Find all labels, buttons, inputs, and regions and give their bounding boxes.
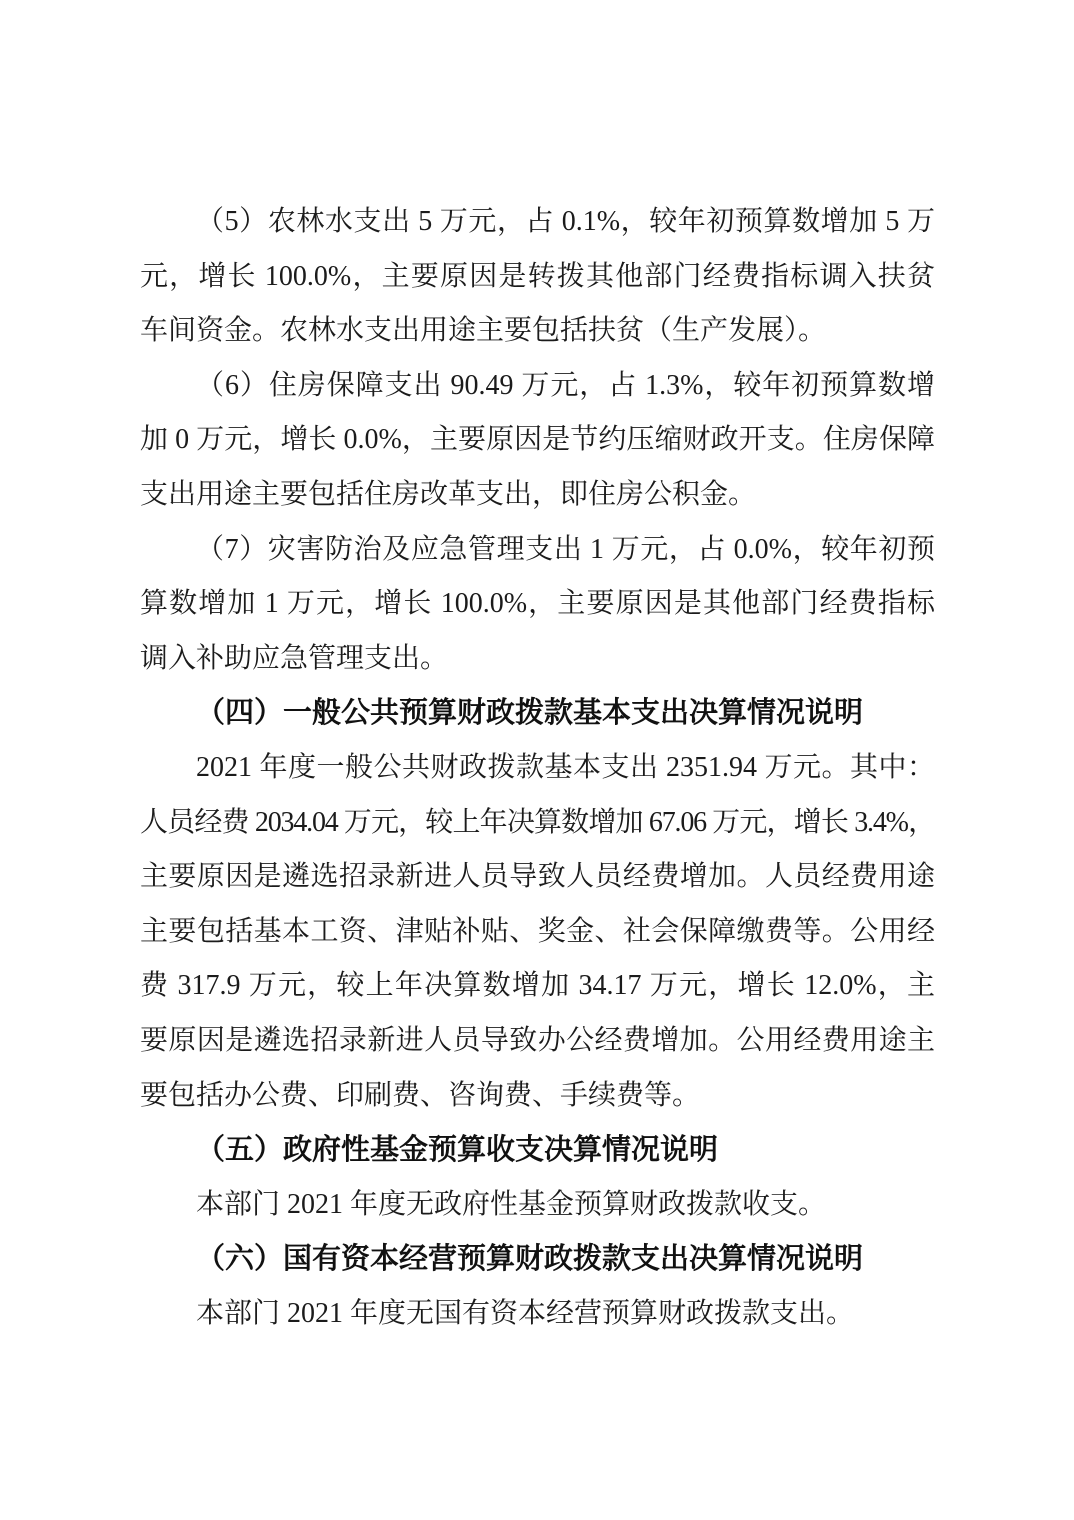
paragraph-line: 本部门 2021 年度无国有资本经营预算财政拨款支出。 (140, 1287, 935, 1342)
paragraph-line: 2021 年度一般公共财政拨款基本支出 2351.94 万元。其中： (140, 741, 935, 796)
paragraph-line: 主要包括基本工资、津贴补贴、奖金、社会保障缴费等。公用经 (140, 905, 935, 960)
paragraph-line: 加 0 万元，增长 0.0%，主要原因是节约压缩财政开支。住房保障 (140, 413, 935, 468)
paragraph-line: 支出用途主要包括住房改革支出，即住房公积金。 (140, 468, 935, 523)
paragraph-line: 要包括办公费、印刷费、咨询费、手续费等。 (140, 1069, 935, 1124)
paragraph-line: （6）住房保障支出 90.49 万元，占 1.3%，较年初预算数增 (140, 359, 935, 414)
section-heading: （五）政府性基金预算收支决算情况说明 (140, 1123, 935, 1178)
paragraph-line: 元，增长 100.0%，主要原因是转拨其他部门经费指标调入扶贫 (140, 250, 935, 305)
paragraph-line: 算数增加 1 万元，增长 100.0%，主要原因是其他部门经费指标 (140, 577, 935, 632)
paragraph-line: 调入补助应急管理支出。 (140, 632, 935, 687)
paragraph-line: 本部门 2021 年度无政府性基金预算财政拨款收支。 (140, 1178, 935, 1233)
paragraph-line: 费 317.9 万元，较上年决算数增加 34.17 万元，增长 12.0%，主 (140, 959, 935, 1014)
document-page: （5）农林水支出 5 万元，占 0.1%，较年初预算数增加 5 万元，增长 10… (0, 0, 1074, 1520)
paragraph-line: 人员经费 2034.04 万元，较上年决算数增加 67.06 万元，增长 3.4… (140, 796, 935, 851)
paragraph-line: 车间资金。农林水支出用途主要包括扶贫（生产发展）。 (140, 304, 935, 359)
paragraph-line: 要原因是遴选招录新进人员导致办公经费增加。公用经费用途主 (140, 1014, 935, 1069)
document-content: （5）农林水支出 5 万元，占 0.1%，较年初预算数增加 5 万元，增长 10… (140, 195, 935, 1341)
paragraph-line: （5）农林水支出 5 万元，占 0.1%，较年初预算数增加 5 万 (140, 195, 935, 250)
paragraph-line: （7）灾害防治及应急管理支出 1 万元，占 0.0%，较年初预 (140, 523, 935, 578)
section-heading: （四）一般公共预算财政拨款基本支出决算情况说明 (140, 686, 935, 741)
section-heading: （六）国有资本经营预算财政拨款支出决算情况说明 (140, 1232, 935, 1287)
paragraph-line: 主要原因是遴选招录新进人员导致人员经费增加。人员经费用途 (140, 850, 935, 905)
